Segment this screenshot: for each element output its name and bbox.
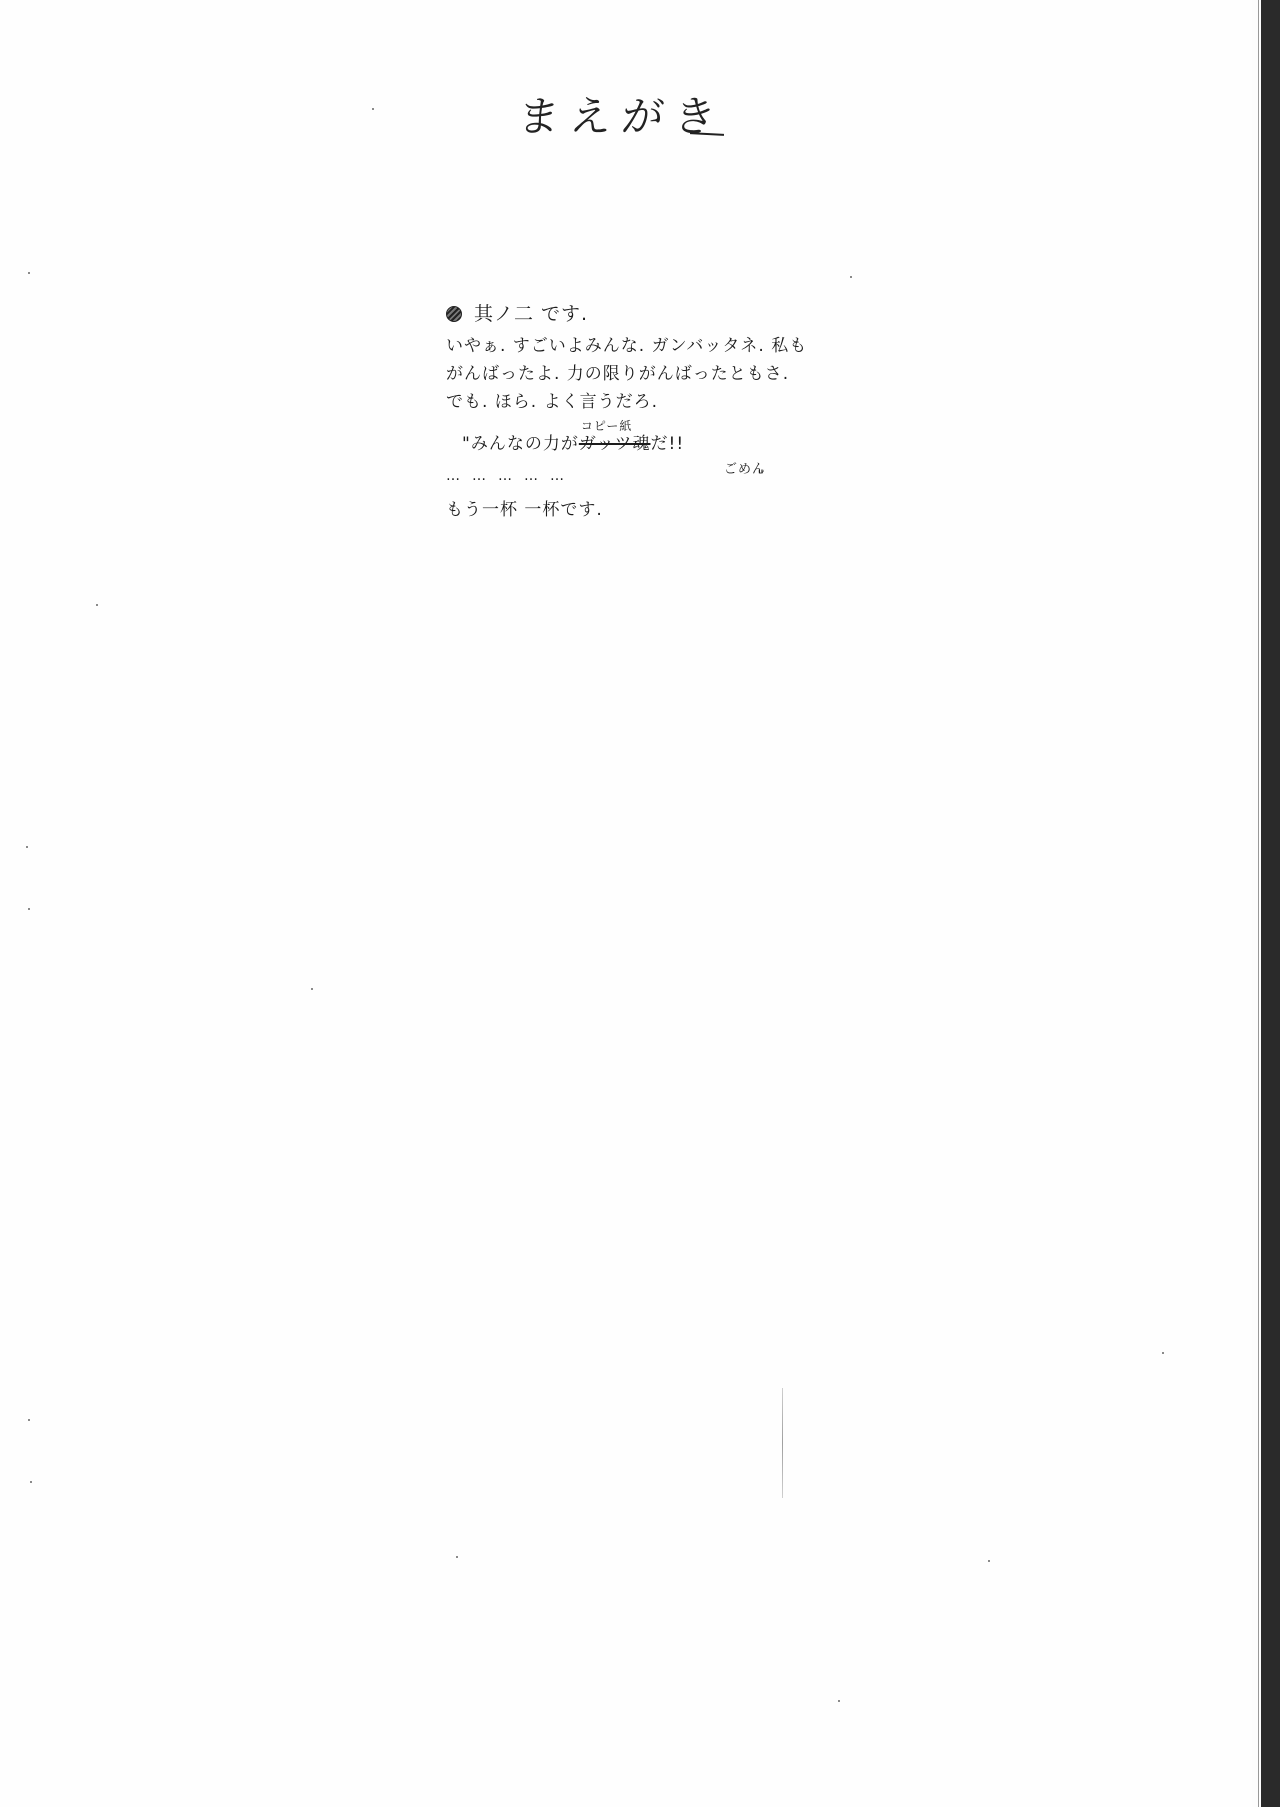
note-line: がんばったよ. 力の限りがんばったともさ. <box>446 360 806 388</box>
note-heading-text: 其ノ二 です. <box>474 300 588 328</box>
scan-speck <box>28 908 30 910</box>
quote-after: だ!! <box>651 434 685 454</box>
corrected-word: コピー紙ガッツ魂 <box>579 430 651 458</box>
note-heading: 其ノ二 です. <box>446 300 806 328</box>
scan-speck <box>1162 1352 1164 1354</box>
scan-speck <box>372 108 374 110</box>
scan-speck <box>28 1419 30 1421</box>
page-edge-line <box>1258 0 1259 1807</box>
quote-line: "みんなの力がコピー紙ガッツ魂だ!! <box>446 430 806 458</box>
scan-artifact-line <box>782 1388 783 1498</box>
note-line: いやぁ. すごいよみんな. ガンバッタネ. 私も <box>446 332 806 360</box>
binding-shadow <box>1261 0 1280 1807</box>
ellipsis-line: …………… " ごめん <box>446 462 776 490</box>
hatched-circle-bullet-icon <box>446 306 462 322</box>
scan-speck <box>26 846 28 848</box>
quote-before: みんなの力が <box>471 434 579 454</box>
scan-speck <box>456 1556 458 1558</box>
page-title: まえがき <box>515 84 729 144</box>
correction-text: コピー紙 <box>581 412 633 440</box>
scan-speck <box>30 1481 32 1483</box>
scan-speck <box>28 272 30 274</box>
apology-text: ごめん <box>724 456 766 484</box>
scan-speck <box>988 1560 990 1562</box>
handwritten-note: 其ノ二 です. いやぁ. すごいよみんな. ガンバッタネ. 私も がんばったよ.… <box>446 300 806 524</box>
ellipsis-dots: …………… <box>446 462 576 490</box>
note-last-line: もう一杯 一杯です. <box>446 496 806 524</box>
scan-speck <box>311 988 313 990</box>
scan-speck <box>838 1700 840 1702</box>
scan-speck <box>850 276 852 278</box>
scanned-page: まえがき 其ノ二 です. いやぁ. すごいよみんな. ガンバッタネ. 私も がん… <box>0 0 1252 1807</box>
scan-speck <box>96 604 98 606</box>
open-quote-mark: " <box>462 434 471 454</box>
